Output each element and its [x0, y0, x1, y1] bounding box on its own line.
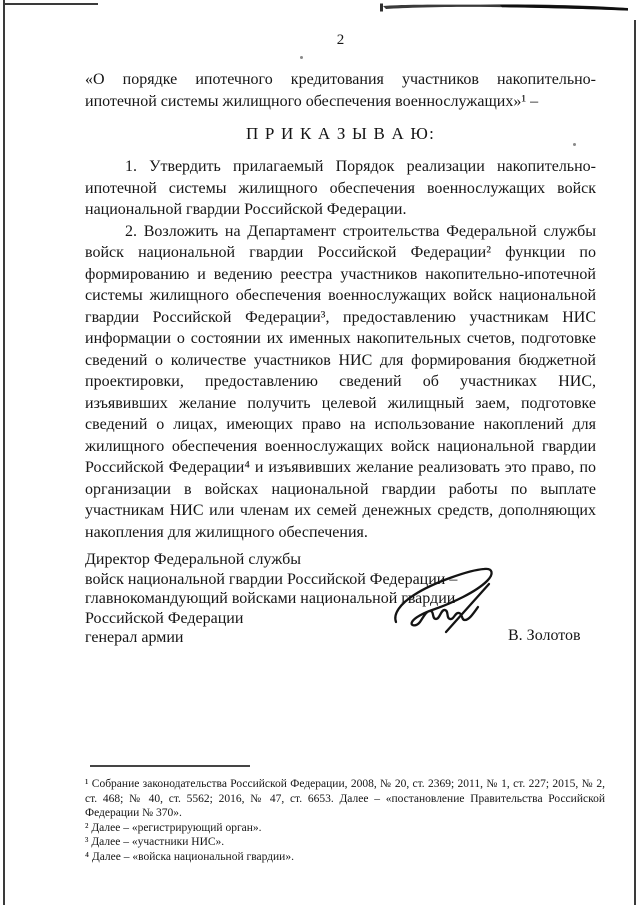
footnote-2: ² Далее – «регистрирующий орган». — [85, 821, 605, 836]
footnote-divider — [90, 765, 250, 767]
page-border-top — [3, 3, 98, 5]
page-border-right — [634, 20, 636, 905]
signature-block: Директор Федеральной службы войск национ… — [85, 550, 596, 648]
signatory-title-line: Директор Федеральной службы — [85, 550, 596, 570]
footnote-4: ⁴ Далее – «войска национальной гвардии». — [85, 850, 605, 865]
footnote-1: ¹ Собрание законодательства Российской Ф… — [85, 777, 605, 821]
page-number: 2 — [85, 32, 596, 48]
scan-streak-artifact — [380, 1, 632, 14]
footnotes-section: ¹ Собрание законодательства Российской Ф… — [85, 777, 605, 865]
signatory-name: В. Золотов — [508, 626, 581, 645]
page-border-left — [3, 0, 5, 905]
document-page: 2 «О порядке ипотечного кредитования уча… — [0, 0, 640, 905]
document-subject-quote: «О порядке ипотечного кредитования участ… — [85, 69, 596, 113]
order-paragraph-2: 2. Возложить на Департамент строительств… — [85, 221, 596, 544]
signatory-title-line: главнокомандующий войсками национальной … — [85, 589, 596, 609]
footnote-3: ³ Далее – «участники НИС». — [85, 835, 605, 850]
order-paragraph-1: 1. Утвердить прилагаемый Порядок реализа… — [85, 156, 596, 221]
order-heading: П Р И К А З Ы В А Ю: — [85, 124, 596, 144]
document-body: 2 «О порядке ипотечного кредитования уча… — [85, 32, 596, 648]
signatory-title-line: войск национальной гвардии Российской Фе… — [85, 570, 596, 590]
signature-scribble — [390, 562, 505, 640]
